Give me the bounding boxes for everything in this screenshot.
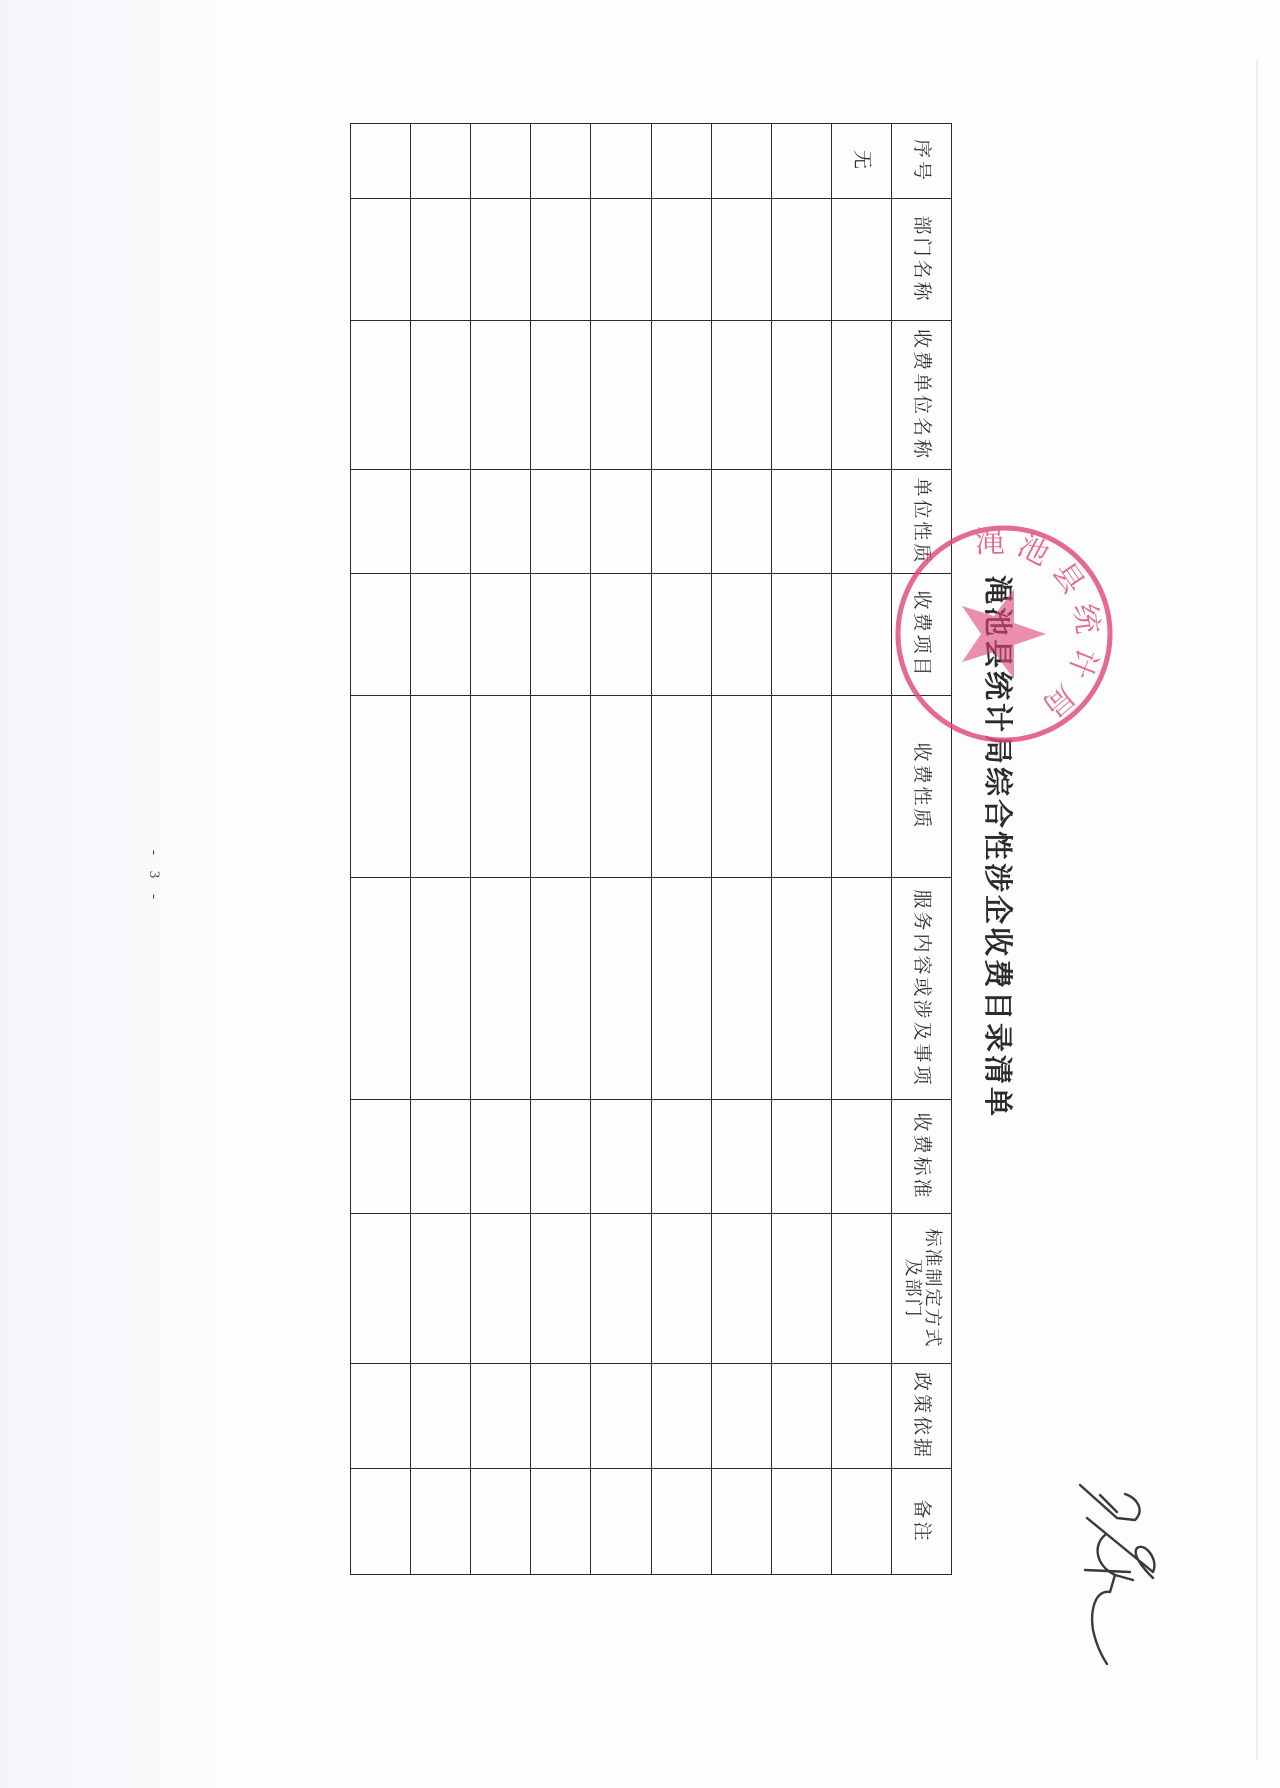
table-cell	[711, 1469, 771, 1575]
table-cell	[591, 470, 651, 574]
table-cell	[471, 321, 531, 470]
table-cell	[411, 470, 471, 574]
table-cell	[471, 470, 531, 574]
table-cell	[771, 124, 831, 199]
table-cell	[651, 1469, 711, 1575]
table-cell	[771, 1100, 831, 1214]
table-cell	[591, 124, 651, 199]
table-cell	[471, 1469, 531, 1575]
table-row	[591, 124, 651, 1575]
table-cell	[351, 199, 411, 321]
table-cell	[471, 1100, 531, 1214]
table-cell	[771, 1214, 831, 1364]
table-cell	[711, 470, 771, 574]
table-cell	[531, 124, 591, 199]
table-cell	[831, 1100, 891, 1214]
table-cell	[591, 878, 651, 1100]
column-header: 标准制定方式及部门	[892, 1214, 952, 1364]
table-cell	[351, 574, 411, 696]
table-row	[651, 124, 711, 1575]
table-cell	[591, 1214, 651, 1364]
column-header-label: 标准制定方式及部门	[901, 1229, 942, 1349]
table-cell	[771, 321, 831, 470]
table-cell	[711, 199, 771, 321]
table-body: 无	[351, 124, 892, 1575]
column-header: 序号	[892, 124, 952, 199]
table-cell	[771, 470, 831, 574]
table-cell	[591, 321, 651, 470]
table-cell	[411, 1364, 471, 1469]
table-cell	[591, 1364, 651, 1469]
table-cell	[531, 878, 591, 1100]
table-cell	[771, 1364, 831, 1469]
table-cell	[651, 321, 711, 470]
table-row	[711, 124, 771, 1575]
table-cell	[831, 470, 891, 574]
table-cell	[531, 1469, 591, 1575]
table-cell	[471, 878, 531, 1100]
table-cell	[411, 878, 471, 1100]
column-header: 政策依据	[892, 1364, 952, 1469]
table-cell	[351, 1364, 411, 1469]
page-number: - 3 -	[145, 850, 162, 905]
table-cell	[411, 321, 471, 470]
column-header: 收费性质	[892, 696, 952, 878]
table-cell	[771, 199, 831, 321]
table-cell	[651, 878, 711, 1100]
table-cell	[411, 1214, 471, 1364]
table-cell	[711, 878, 771, 1100]
table-cell	[711, 1214, 771, 1364]
table-row	[411, 124, 471, 1575]
table-cell	[711, 696, 771, 878]
column-header: 收费标准	[892, 1100, 952, 1214]
table-cell	[471, 1214, 531, 1364]
table-row	[351, 124, 411, 1575]
column-header: 收费单位名称	[892, 321, 952, 470]
table-cell	[591, 1469, 651, 1575]
table-cell	[651, 124, 711, 199]
table-cell	[351, 124, 411, 199]
table-cell: 无	[831, 124, 891, 199]
table-cell	[531, 1214, 591, 1364]
column-header: 服务内容或涉及事项	[892, 878, 952, 1100]
table-cell	[411, 574, 471, 696]
table-cell	[651, 199, 711, 321]
handwritten-signature	[1075, 1480, 1185, 1665]
table-cell	[591, 574, 651, 696]
table-cell	[531, 1100, 591, 1214]
scan-shading	[0, 0, 230, 1788]
table-cell	[471, 199, 531, 321]
table-cell	[351, 1100, 411, 1214]
table-cell	[651, 1214, 711, 1364]
table-cell	[351, 321, 411, 470]
table-cell	[831, 574, 891, 696]
table-cell	[531, 470, 591, 574]
table-cell	[711, 321, 771, 470]
table-cell	[531, 321, 591, 470]
table-cell	[411, 124, 471, 199]
table-row: 无	[831, 124, 891, 1575]
table-cell	[771, 574, 831, 696]
scan-edge-line	[1256, 60, 1258, 1760]
table-cell	[411, 1100, 471, 1214]
table-cell	[771, 878, 831, 1100]
table-cell	[471, 124, 531, 199]
document-title: 渑池县统计局综合性涉企收费目录清单	[979, 575, 1020, 1119]
table-row	[771, 124, 831, 1575]
table-cell	[351, 878, 411, 1100]
table-cell	[651, 470, 711, 574]
table-cell	[651, 1364, 711, 1469]
table-header-row: 序号部门名称收费单位名称单位性质收费项目收费性质服务内容或涉及事项收费标准标准制…	[892, 124, 952, 1575]
table-cell	[351, 1469, 411, 1575]
table-cell	[471, 574, 531, 696]
table-cell	[531, 1364, 591, 1469]
column-header: 部门名称	[892, 199, 952, 321]
table-row	[471, 124, 531, 1575]
table-cell	[831, 1469, 891, 1575]
table-cell	[711, 1100, 771, 1214]
table-cell	[711, 574, 771, 696]
table-cell	[651, 1100, 711, 1214]
table-cell	[591, 1100, 651, 1214]
fee-list-table-container: 序号部门名称收费单位名称单位性质收费项目收费性质服务内容或涉及事项收费标准标准制…	[350, 123, 952, 1574]
column-header: 备注	[892, 1469, 952, 1575]
table-cell	[831, 321, 891, 470]
table-cell	[411, 1469, 471, 1575]
table-cell	[411, 199, 471, 321]
table-cell	[831, 199, 891, 321]
table-cell	[471, 1364, 531, 1469]
table-cell	[531, 696, 591, 878]
table-cell	[831, 878, 891, 1100]
fee-list-table: 序号部门名称收费单位名称单位性质收费项目收费性质服务内容或涉及事项收费标准标准制…	[350, 123, 952, 1575]
table-cell	[591, 199, 651, 321]
column-header: 单位性质	[892, 470, 952, 574]
table-cell	[651, 574, 711, 696]
table-cell	[831, 1364, 891, 1469]
table-cell	[531, 574, 591, 696]
column-header: 收费项目	[892, 574, 952, 696]
table-cell	[351, 470, 411, 574]
table-cell	[711, 124, 771, 199]
table-cell	[531, 199, 591, 321]
table-cell	[771, 1469, 831, 1575]
table-cell	[471, 696, 531, 878]
table-cell	[771, 696, 831, 878]
table-cell	[831, 1214, 891, 1364]
table-cell	[411, 696, 471, 878]
table-cell	[591, 696, 651, 878]
table-cell	[831, 696, 891, 878]
table-cell	[351, 1214, 411, 1364]
table-cell	[351, 696, 411, 878]
table-cell	[711, 1364, 771, 1469]
table-cell	[651, 696, 711, 878]
table-row	[531, 124, 591, 1575]
